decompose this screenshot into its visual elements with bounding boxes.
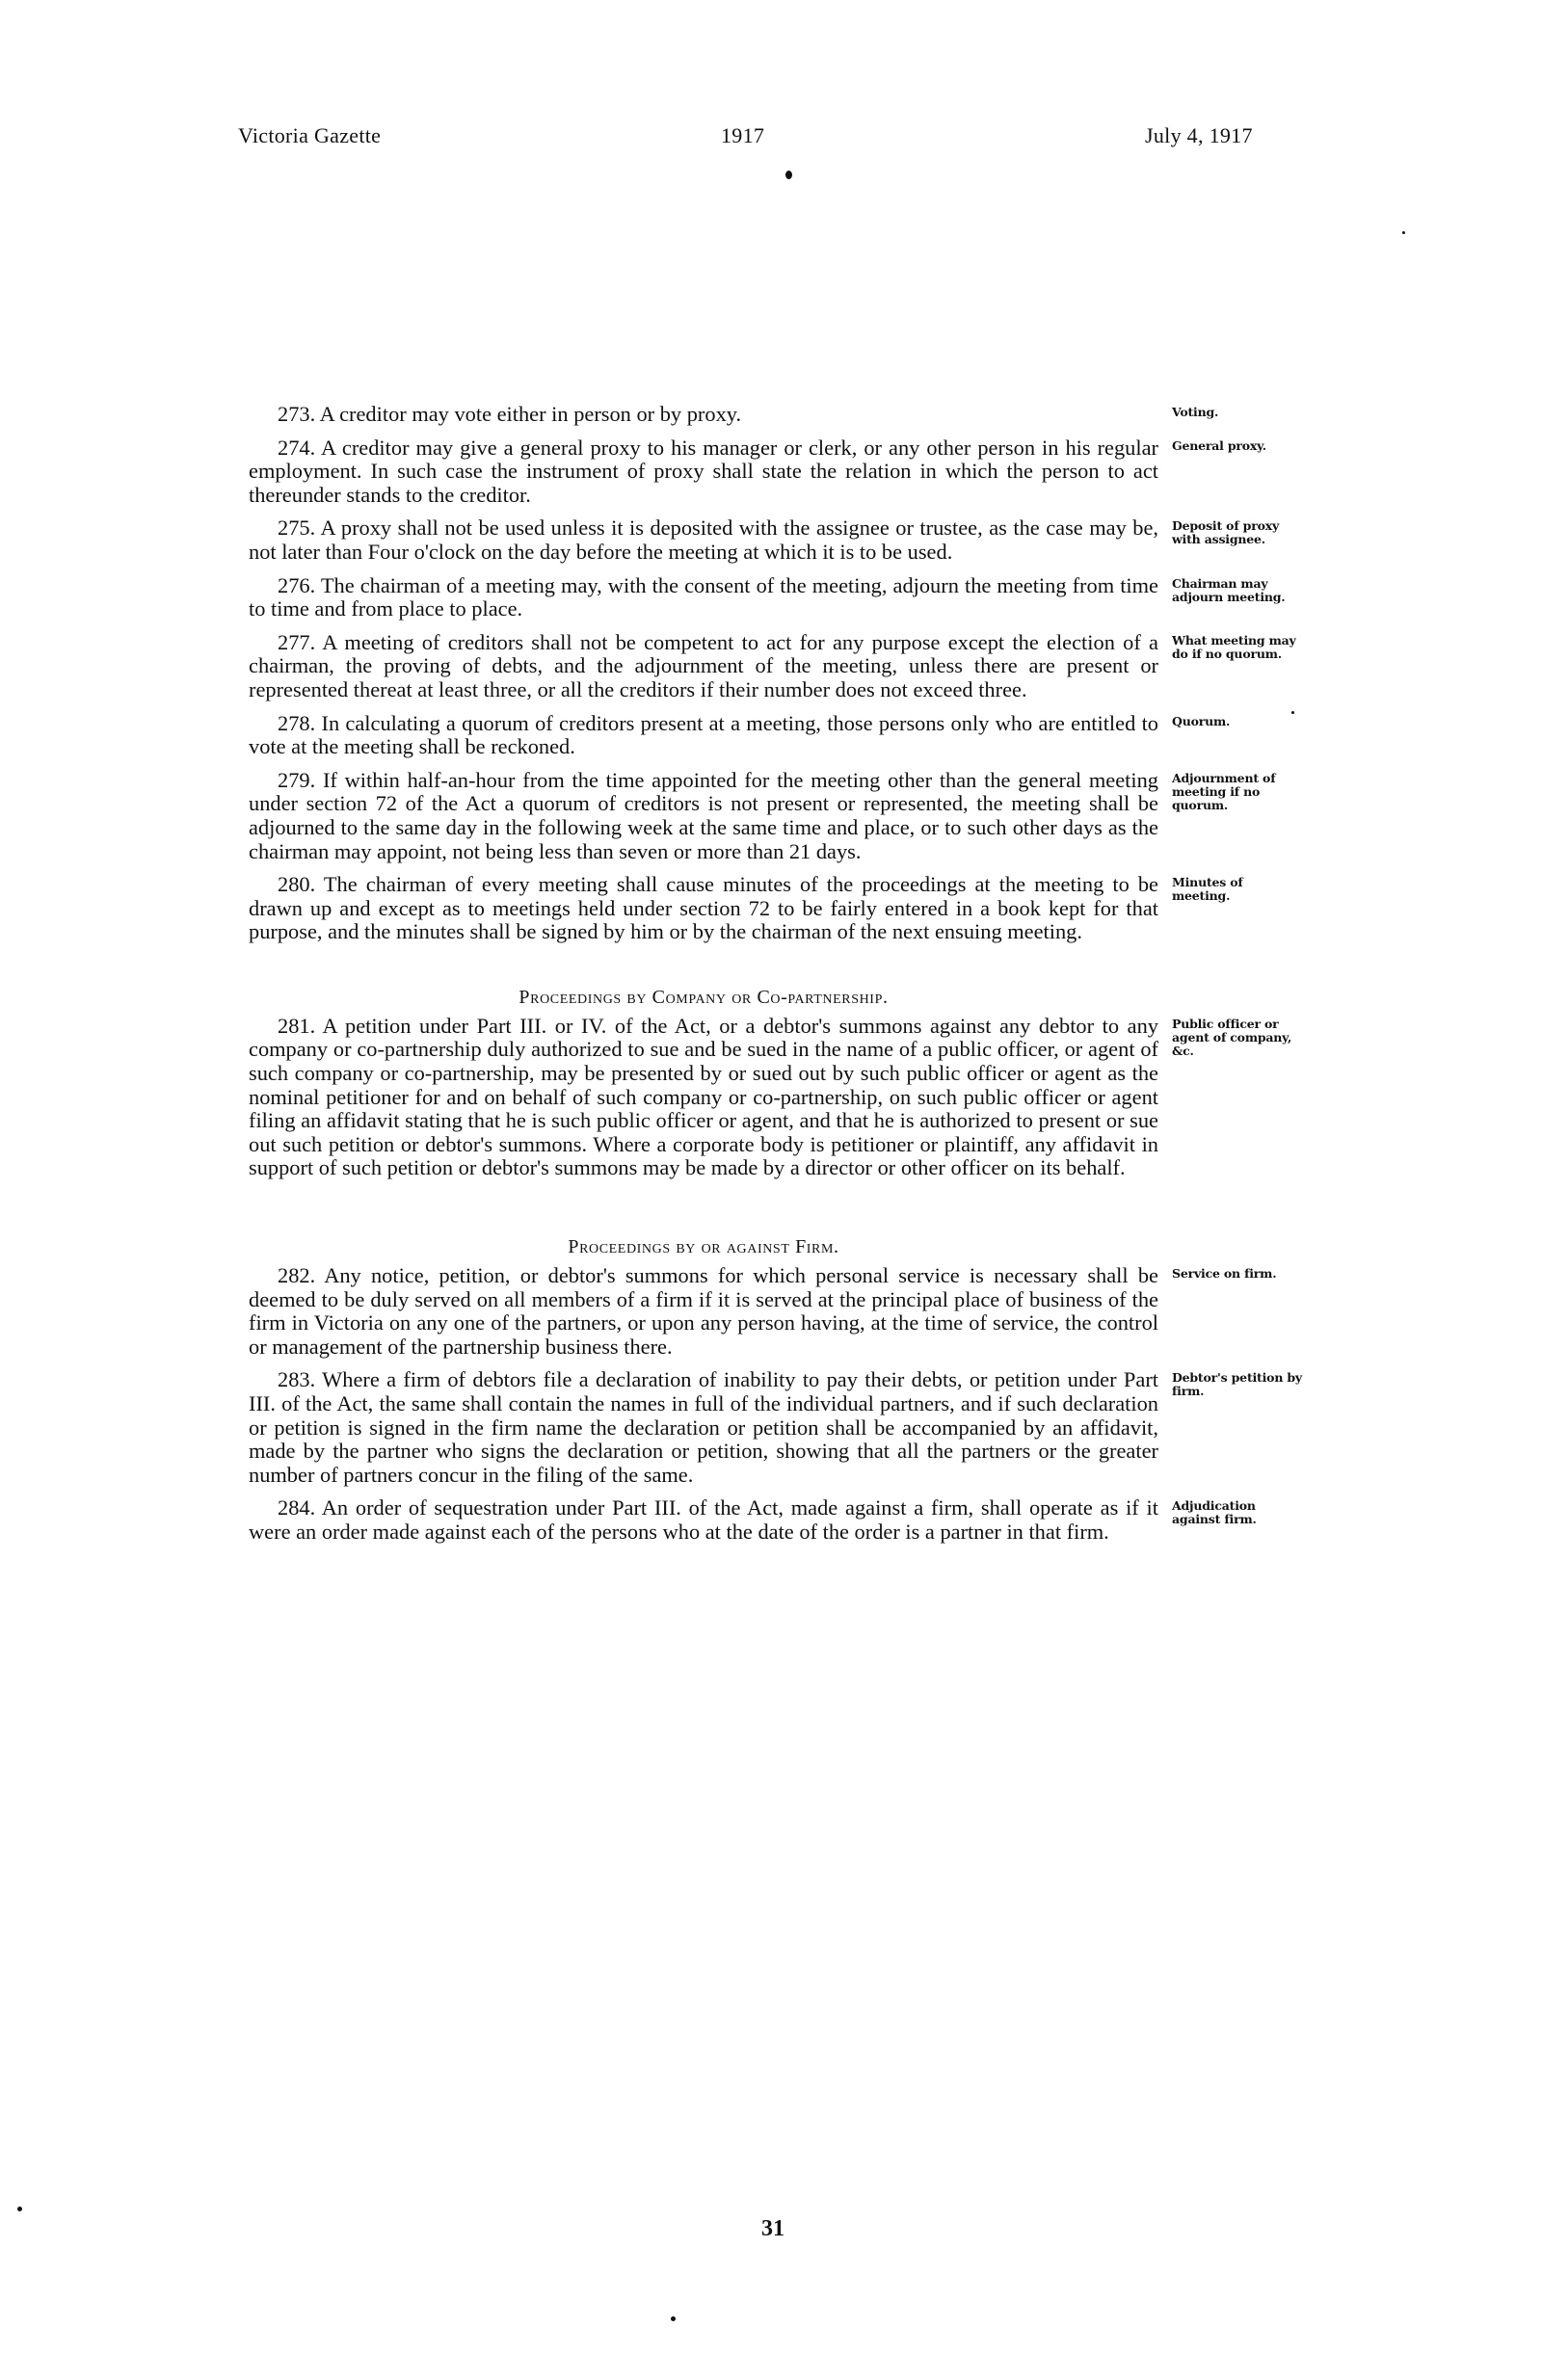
publication-title: Victoria Gazette xyxy=(238,123,381,148)
marginal-note: What meeting may do if no quorum. xyxy=(1172,634,1303,661)
paragraph-number: 280. xyxy=(278,872,315,896)
paragraph-number: 283. xyxy=(278,1367,315,1391)
marginal-note: Adjournment of meeting if no quorum. xyxy=(1172,772,1303,812)
marginal-note: Debtor's petition by firm. xyxy=(1172,1371,1303,1398)
section-heading: Proceedings by or against Firm. xyxy=(249,1236,1158,1258)
paragraph-number: 273. xyxy=(278,402,315,426)
page-number: 31 xyxy=(0,2216,1542,2242)
paragraph-274: 274. A creditor may give a general proxy… xyxy=(249,436,1158,508)
document-body: 273. A creditor may vote either in perso… xyxy=(249,403,1158,1554)
marginal-note: Chairman may adjourn meeting. xyxy=(1172,577,1303,604)
paragraph-276: 276. The chairman of a meeting may, with… xyxy=(249,574,1158,621)
marginal-note: Quorum. xyxy=(1172,715,1303,728)
paragraph-text: A creditor may give a general proxy to h… xyxy=(249,436,1158,507)
paragraph-text: An order of sequestration under Part III… xyxy=(249,1495,1158,1544)
paragraph-number: 274. xyxy=(278,436,315,460)
scan-speck xyxy=(671,2316,676,2321)
marginal-note: Service on firm. xyxy=(1172,1267,1303,1281)
marginal-note: General proxy. xyxy=(1172,439,1303,453)
paragraph-279: 279. If within half-an-hour from the tim… xyxy=(249,769,1158,863)
section-firm: Proceedings by or against Firm. 282. Any… xyxy=(249,1236,1158,1545)
paragraph-number: 275. xyxy=(278,516,315,540)
scan-speck xyxy=(17,2207,22,2211)
running-head: Victoria Gazette 1917 July 4, 1917 xyxy=(0,123,1542,152)
paragraph-284: 284. An order of sequestration under Par… xyxy=(249,1496,1158,1544)
paragraph-283: 283. Where a firm of debtors file a decl… xyxy=(249,1368,1158,1487)
paragraph-number: 276. xyxy=(278,573,315,597)
paragraph-number: 281. xyxy=(278,1014,315,1038)
paragraph-number: 279. xyxy=(278,768,315,792)
publication-year: 1917 xyxy=(721,123,764,148)
paragraph-277: 277. A meeting of creditors shall not be… xyxy=(249,631,1158,702)
section-meetings: 273. A creditor may vote either in perso… xyxy=(249,403,1158,944)
paragraph-278: 278. In calculating a quorum of creditor… xyxy=(249,712,1158,759)
paragraph-number: 277. xyxy=(278,630,315,654)
paragraph-text: A meeting of creditors shall not be comp… xyxy=(249,630,1158,701)
marginal-note: Deposit of proxy with assignee. xyxy=(1172,519,1303,546)
paragraph-text: The chairman of every meeting shall caus… xyxy=(249,872,1158,943)
paragraph-281: 281. A petition under Part III. or IV. o… xyxy=(249,1015,1158,1180)
paragraph-text: In calculating a quorum of creditors pre… xyxy=(249,711,1158,759)
paragraph-text: If within half-an-hour from the time app… xyxy=(249,768,1158,863)
section-heading: Proceedings by Company or Co-partnership… xyxy=(249,987,1158,1009)
section-company: Proceedings by Company or Co-partnership… xyxy=(249,987,1158,1180)
paragraph-275: 275. A proxy shall not be used unless it… xyxy=(249,516,1158,564)
paragraph-number: 284. xyxy=(278,1495,315,1520)
marginal-note: Public officer or agent of company, &c. xyxy=(1172,1018,1303,1058)
paragraph-text: Any notice, petition, or debtor's summon… xyxy=(249,1263,1158,1359)
scan-speck xyxy=(785,171,792,179)
paragraph-text: The chairman of a meeting may, with the … xyxy=(249,573,1158,621)
scan-speck xyxy=(1402,231,1405,234)
paragraph-number: 282. xyxy=(278,1263,315,1287)
paragraph-number: 278. xyxy=(278,711,315,735)
paragraph-text: A proxy shall not be used unless it is d… xyxy=(249,516,1158,564)
paragraph-280: 280. The chairman of every meeting shall… xyxy=(249,873,1158,944)
paragraph-text: Where a firm of debtors file a declarati… xyxy=(249,1367,1158,1486)
scan-speck xyxy=(1291,711,1294,714)
paragraph-text: A creditor may vote either in person or … xyxy=(320,402,742,426)
marginal-note: Minutes of meeting. xyxy=(1172,876,1303,903)
marginal-note: Adjudication against firm. xyxy=(1172,1499,1303,1526)
marginal-note: Voting. xyxy=(1172,406,1303,419)
paragraph-text: A petition under Part III. or IV. of the… xyxy=(249,1014,1158,1180)
publication-date: July 4, 1917 xyxy=(1145,123,1253,148)
paragraph-282: 282. Any notice, petition, or debtor's s… xyxy=(249,1264,1158,1359)
paragraph-273: 273. A creditor may vote either in perso… xyxy=(249,403,1158,427)
